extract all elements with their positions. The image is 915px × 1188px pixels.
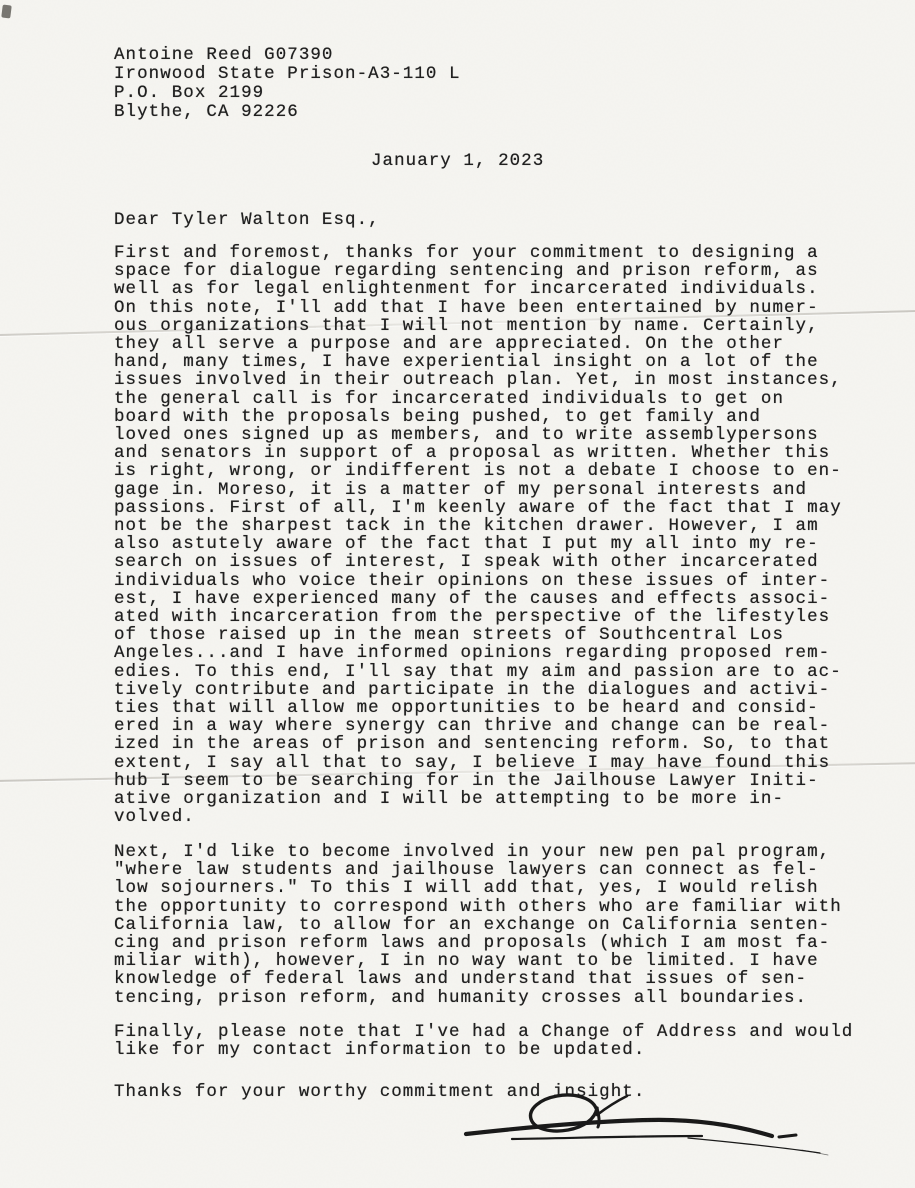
body-paragraph-2: Next, I'd like to become involved in you…: [114, 843, 842, 1007]
handwritten-signature-scrawl: [450, 1088, 830, 1163]
scanned-letter-page: Antoine Reed G07390 Ironwood State Priso…: [0, 0, 915, 1188]
letter-date: January 1, 2023: [371, 152, 544, 170]
body-paragraph-1: First and foremost, thanks for your comm…: [114, 244, 842, 827]
scan-corner-smudge: [1, 5, 12, 19]
body-paragraph-3: Finally, please note that I've had a Cha…: [114, 1023, 853, 1059]
salutation: Dear Tyler Walton Esq.,: [114, 211, 380, 229]
sender-address-block: Antoine Reed G07390 Ironwood State Priso…: [114, 46, 461, 122]
